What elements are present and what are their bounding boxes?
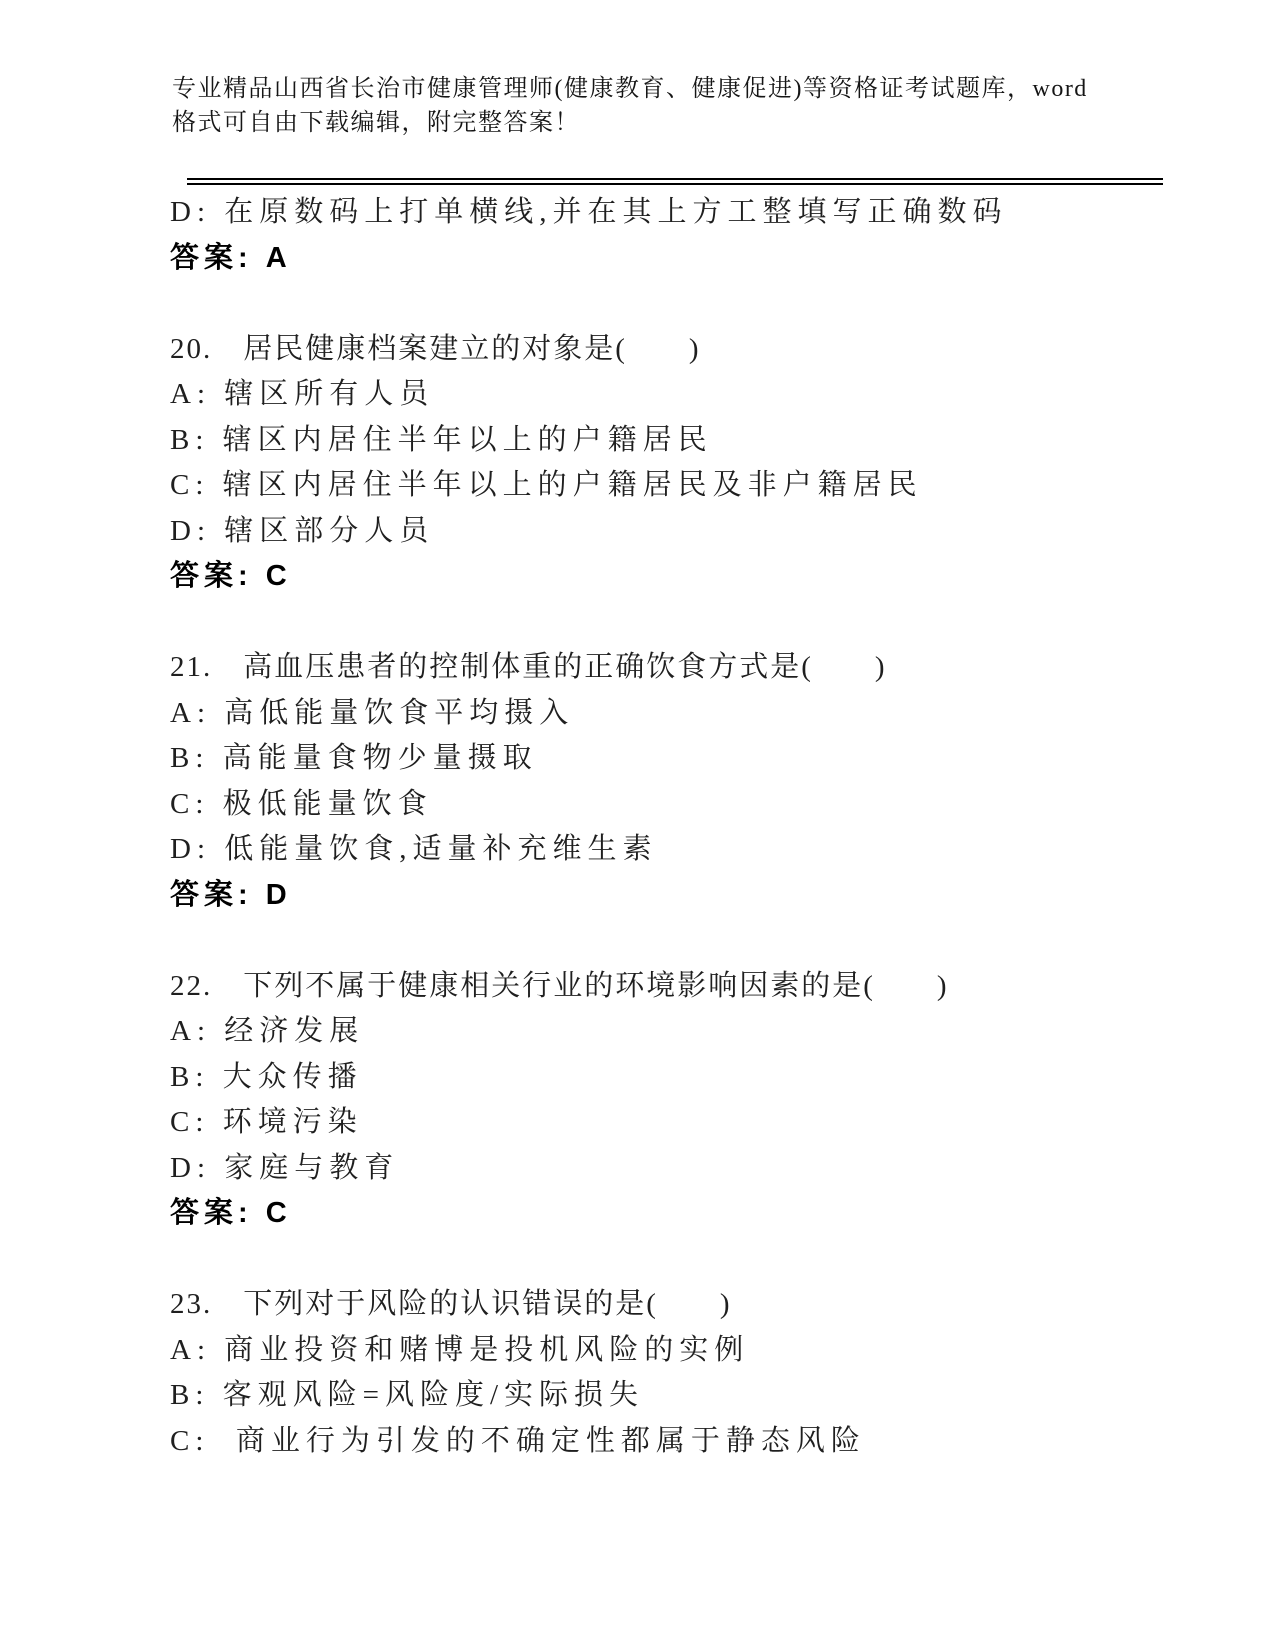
question-19-option-d: D: 在原数码上打单横线,并在其上方工整填写正确数码 (170, 190, 1180, 236)
question-22-option-b: B: 大众传播 (170, 1055, 1180, 1101)
question-23-stem: 23. 下列对于风险的认识错误的是( ) (170, 1282, 1180, 1328)
document-body: D: 在原数码上打单横线,并在其上方工整填写正确数码 答案: A 20. 居民健… (170, 190, 1180, 1464)
question-22-option-c: C: 环境污染 (170, 1100, 1180, 1146)
question-20-option-d: D: 辖区部分人员 (170, 509, 1180, 555)
question-19-answer: 答案: A (170, 236, 1180, 282)
blank-line (170, 918, 1180, 964)
question-21-stem: 21. 高血压患者的控制体重的正确饮食方式是( ) (170, 645, 1180, 691)
blank-line (170, 281, 1180, 327)
document-page: 专业精品山西省长治市健康管理师(健康教育、健康促进)等资格证考试题库，word … (0, 0, 1275, 1650)
question-22-option-a: A: 经济发展 (170, 1009, 1180, 1055)
question-23-option-a: A: 商业投资和赌博是投机风险的实例 (170, 1328, 1180, 1374)
header-line-1: 专业精品山西省长治市健康管理师(健康教育、健康促进)等资格证考试题库，word (172, 72, 1137, 106)
question-20-stem: 20. 居民健康档案建立的对象是( ) (170, 327, 1180, 373)
header-divider (187, 178, 1163, 185)
question-20-option-a: A: 辖区所有人员 (170, 372, 1180, 418)
question-21-option-b: B: 高能量食物少量摄取 (170, 736, 1180, 782)
question-22-stem: 22. 下列不属于健康相关行业的环境影响因素的是( ) (170, 964, 1180, 1010)
question-23-option-b: B: 客观风险=风险度/实际损失 (170, 1373, 1180, 1419)
question-21-option-d: D: 低能量饮食,适量补充维生素 (170, 827, 1180, 873)
question-21-option-a: A: 高低能量饮食平均摄入 (170, 691, 1180, 737)
question-22-option-d: D: 家庭与教育 (170, 1146, 1180, 1192)
question-21-option-c: C: 极低能量饮食 (170, 782, 1180, 828)
question-21-answer: 答案: D (170, 873, 1180, 919)
question-20-option-b: B: 辖区内居住半年以上的户籍居民 (170, 418, 1180, 464)
question-23-option-c: C: 商业行为引发的不确定性都属于静态风险 (170, 1419, 1180, 1465)
header-line-2: 格式可自由下载编辑，附完整答案！ (172, 106, 1137, 140)
question-20-answer: 答案: C (170, 554, 1180, 600)
question-20-option-c: C: 辖区内居住半年以上的户籍居民及非户籍居民 (170, 463, 1180, 509)
blank-line (170, 1237, 1180, 1283)
blank-line (170, 600, 1180, 646)
question-22-answer: 答案: C (170, 1191, 1180, 1237)
page-header: 专业精品山西省长治市健康管理师(健康教育、健康促进)等资格证考试题库，word … (172, 72, 1137, 140)
